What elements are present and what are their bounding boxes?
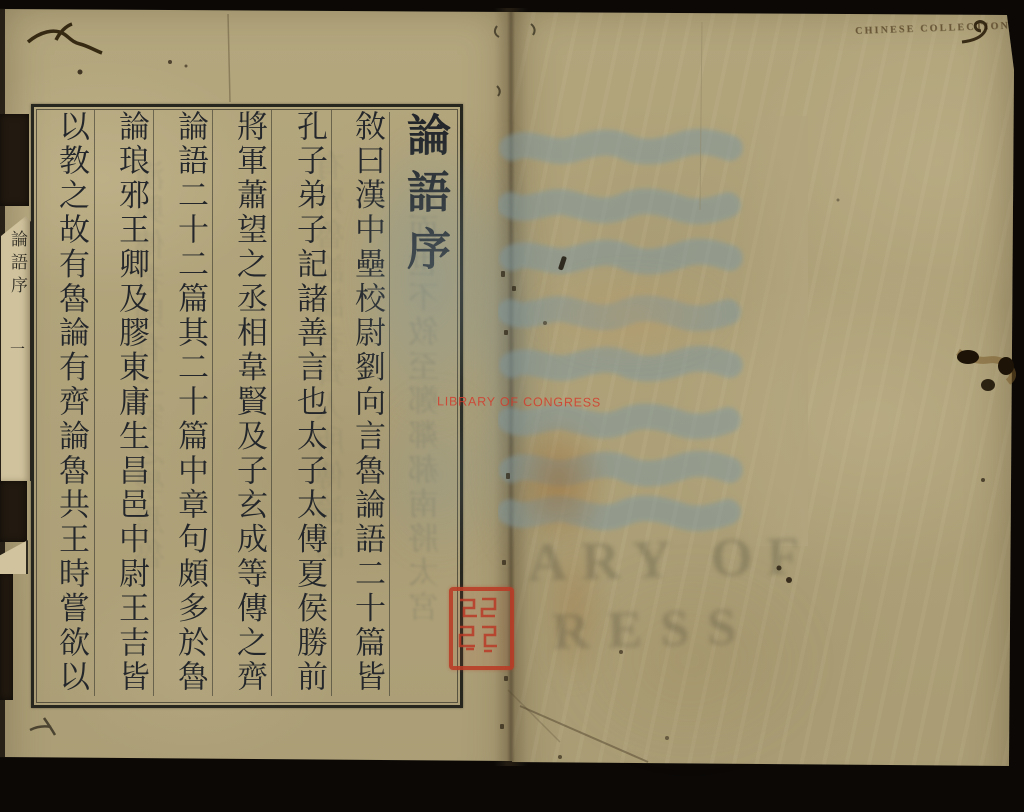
wave-fade-edge	[742, 116, 808, 546]
cover-fragment-bottom	[0, 480, 27, 542]
scanned-book-spread: 論語序 一 蕭而世不敘至鄭鄰郝南將太宮 有齊魯說論者齊人所傳論語 漢興傳者則有三…	[0, 0, 1024, 812]
collector-seal	[449, 587, 514, 670]
banxin-title: 論語序	[5, 230, 30, 299]
cover-fragment-top	[0, 114, 29, 206]
library-of-congress-stamp: LIBRARY OF CONGRESS	[437, 394, 601, 409]
text-column-6: 以教之故有魯論有齊論魯共王時嘗欲以	[34, 110, 106, 696]
cover-fragment-strip	[0, 572, 13, 700]
ghost-stamp-line1: ARY OF	[527, 524, 814, 593]
banxin-page-number: 一	[10, 338, 25, 359]
seal-script-marks	[453, 591, 502, 658]
ghost-stamp-line2: RESS	[551, 597, 755, 661]
